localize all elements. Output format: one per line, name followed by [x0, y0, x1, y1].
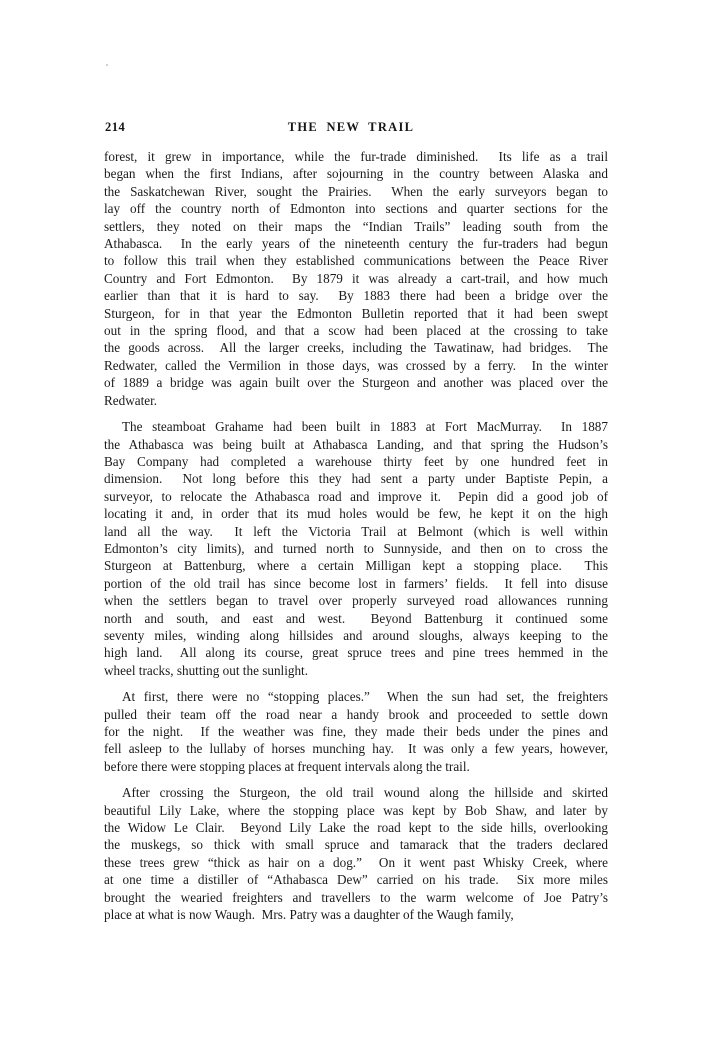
text-line: Redwater, called the Vermilion in those … — [104, 357, 608, 374]
text-line: beautiful Lily Lake, where the stopping … — [104, 802, 608, 819]
text-line: Sturgeon at Battenburg, where a certain … — [104, 557, 608, 574]
text-line: for the night. If the weather was fine, … — [104, 723, 608, 740]
text-line: surveyor, to relocate the Athabasca road… — [104, 488, 608, 505]
text-line: the Saskatchewan River, sought the Prair… — [104, 183, 608, 200]
text-line: high land. All along its course, great s… — [104, 644, 608, 661]
page-header: 214 THE NEW TRAIL — [104, 120, 608, 137]
text-line: before there were stopping places at fre… — [104, 758, 608, 775]
text-line: the muskegs, so thick with small spruce … — [104, 836, 608, 853]
text-line: Sturgeon, for in that year the Edmonton … — [104, 305, 608, 322]
text-line: Bay Company had completed a warehouse th… — [104, 453, 608, 470]
paragraph: The steamboat Grahame had been built in … — [104, 418, 608, 679]
text-line: at one time a distiller of “Athabasca De… — [104, 871, 608, 888]
page-body: forest, it grew in importance, while the… — [104, 148, 608, 923]
text-line: of 1889 a bridge was again built over th… — [104, 374, 608, 391]
text-line: Edmonton’s city limits), and turned nort… — [104, 540, 608, 557]
text-line: earlier than that it is hard to say. By … — [104, 287, 608, 304]
text-line: pulled their team off the road near a ha… — [104, 706, 608, 723]
text-line: Athabasca. In the early years of the nin… — [104, 235, 608, 252]
text-line: these trees grew “thick as hair on a dog… — [104, 854, 608, 871]
text-line: out in the spring flood, and that a scow… — [104, 322, 608, 339]
text-line: the Widow Le Clair. Beyond Lily Lake the… — [104, 819, 608, 836]
text-line: brought the wearied freighters and trave… — [104, 889, 608, 906]
text-line: At first, there were no “stopping places… — [104, 688, 608, 705]
paragraph: forest, it grew in importance, while the… — [104, 148, 608, 409]
text-line: place at what is now Waugh. Mrs. Patry w… — [104, 906, 608, 923]
text-line: land all the way. It left the Victoria T… — [104, 523, 608, 540]
scan-speck — [106, 64, 108, 66]
text-line: the Athabasca was being built at Athabas… — [104, 436, 608, 453]
text-line: The steamboat Grahame had been built in … — [104, 418, 608, 435]
text-line: fell asleep to the lullaby of horses mun… — [104, 740, 608, 757]
text-line: portion of the old trail has since becom… — [104, 575, 608, 592]
text-line: when the settlers began to travel over p… — [104, 592, 608, 609]
text-line: After crossing the Sturgeon, the old tra… — [104, 784, 608, 801]
text-line: lay off the country north of Edmonton in… — [104, 200, 608, 217]
text-line: the goods across. All the larger creeks,… — [104, 339, 608, 356]
text-line: wheel tracks, shutting out the sunlight. — [104, 662, 608, 679]
running-title: THE NEW TRAIL — [104, 120, 598, 135]
text-line: north and south, and east and west. Beyo… — [104, 610, 608, 627]
text-line: settlers, they noted on their maps the “… — [104, 218, 608, 235]
text-line: seventy miles, winding along hillsides a… — [104, 627, 608, 644]
text-line: to follow this trail when they establish… — [104, 252, 608, 269]
text-line: Country and Fort Edmonton. By 1879 it wa… — [104, 270, 608, 287]
paragraph: At first, there were no “stopping places… — [104, 688, 608, 775]
text-line: dimension. Not long before this they had… — [104, 470, 608, 487]
paragraph: After crossing the Sturgeon, the old tra… — [104, 784, 608, 923]
text-line: locating it and, in order that its mud h… — [104, 505, 608, 522]
book-page: 214 THE NEW TRAIL forest, it grew in imp… — [0, 0, 713, 1057]
text-line: forest, it grew in importance, while the… — [104, 148, 608, 165]
text-line: Redwater. — [104, 392, 608, 409]
text-line: began when the first Indians, after sojo… — [104, 165, 608, 182]
